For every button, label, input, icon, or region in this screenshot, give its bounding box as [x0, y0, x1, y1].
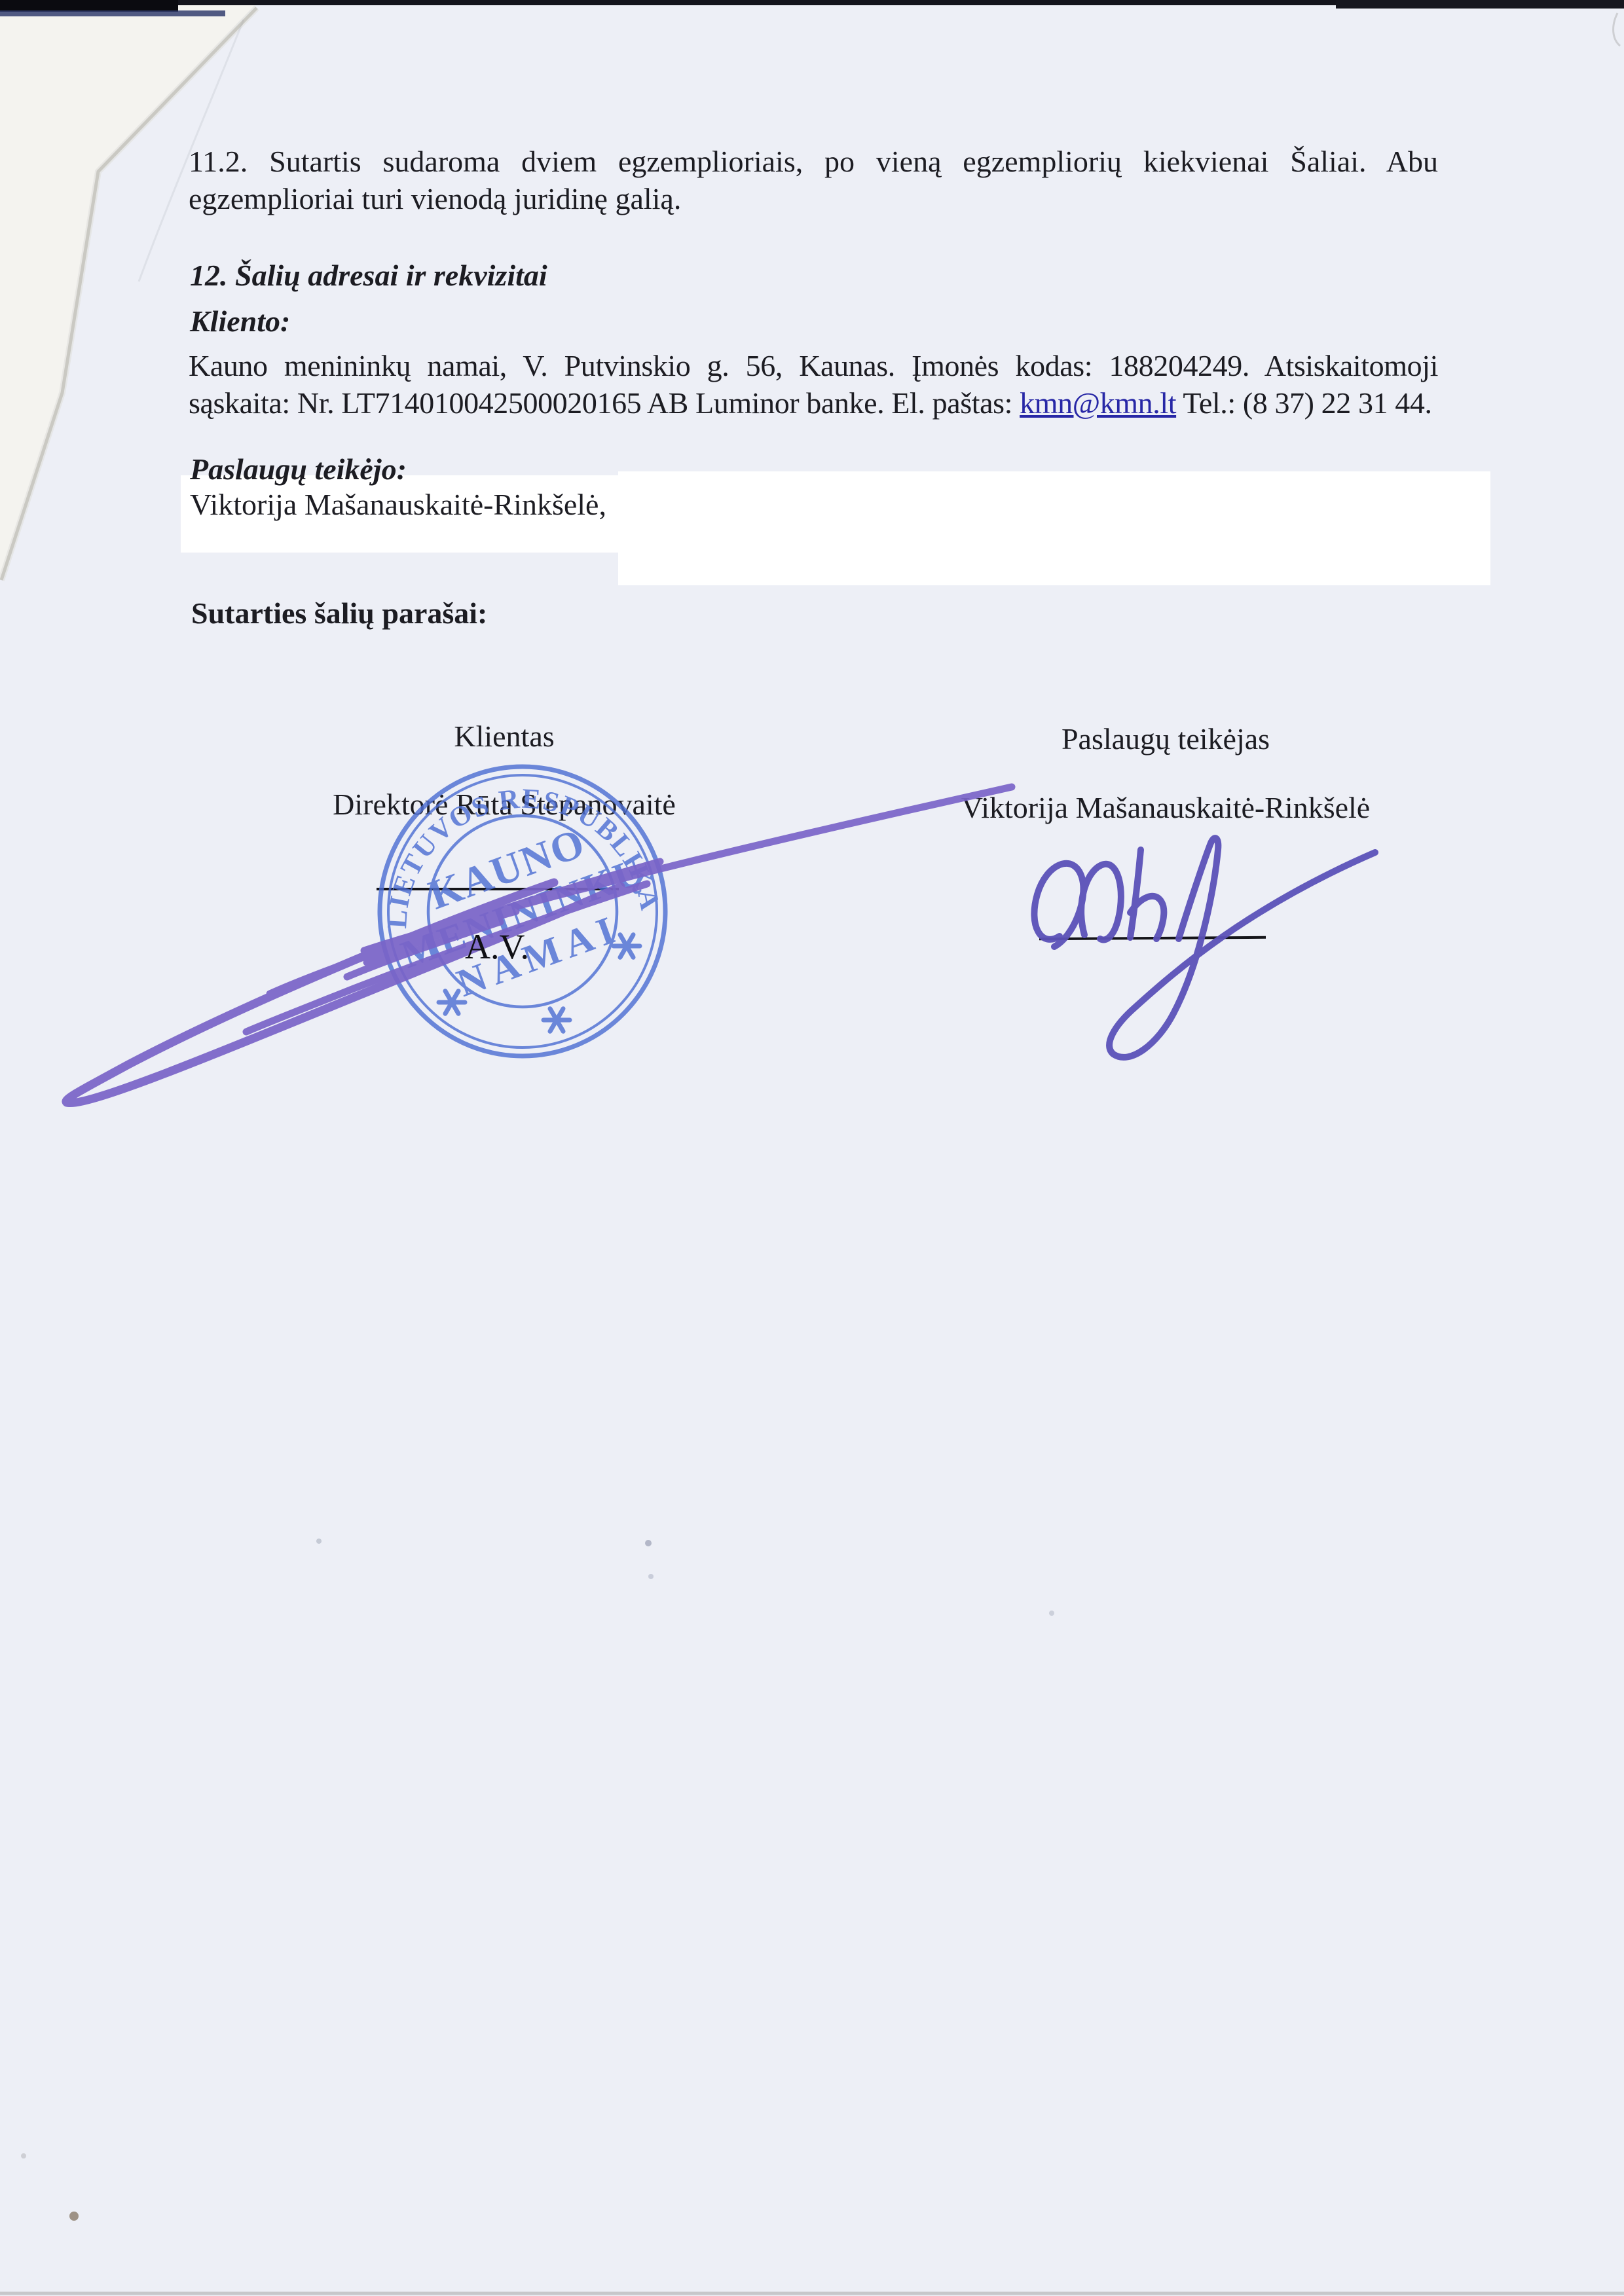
provider-label: Paslaugų teikėjo:: [190, 450, 407, 488]
scan-edge-top-right-wedge: [1336, 0, 1624, 9]
scan-edge-navy-line: [0, 10, 225, 16]
signatures-heading: Sutarties šalių parašai:: [191, 594, 487, 632]
right-party-role: Paslaugų teikėjas: [1002, 720, 1329, 757]
client-details: Kauno menininkų namai, V. Putvinskio g. …: [189, 347, 1438, 422]
scanned-contract-page: 11.2. Sutartis sudaroma dviem egzemplior…: [0, 0, 1624, 2296]
scan-artifacts: [0, 0, 1624, 2296]
right-signature-ink: [1008, 831, 1401, 1093]
client-email-link[interactable]: kmn@kmn.lt: [1020, 386, 1176, 420]
seal-note: A.V.: [432, 928, 563, 966]
provider-name-line: Viktorija Mašanauskaitė-Rinkšelė,: [190, 486, 606, 523]
client-label: Kliento:: [190, 302, 290, 340]
client-phone-text: Tel.: (8 37) 22 31 44.: [1176, 386, 1431, 420]
redaction-box: [618, 471, 1490, 585]
section-12-heading: 12. Šalių adresai ir rekvizitai: [190, 257, 547, 294]
left-party-role: Klientas: [341, 718, 668, 755]
clause-11-2: 11.2. Sutartis sudaroma dviem egzemplior…: [189, 143, 1438, 217]
